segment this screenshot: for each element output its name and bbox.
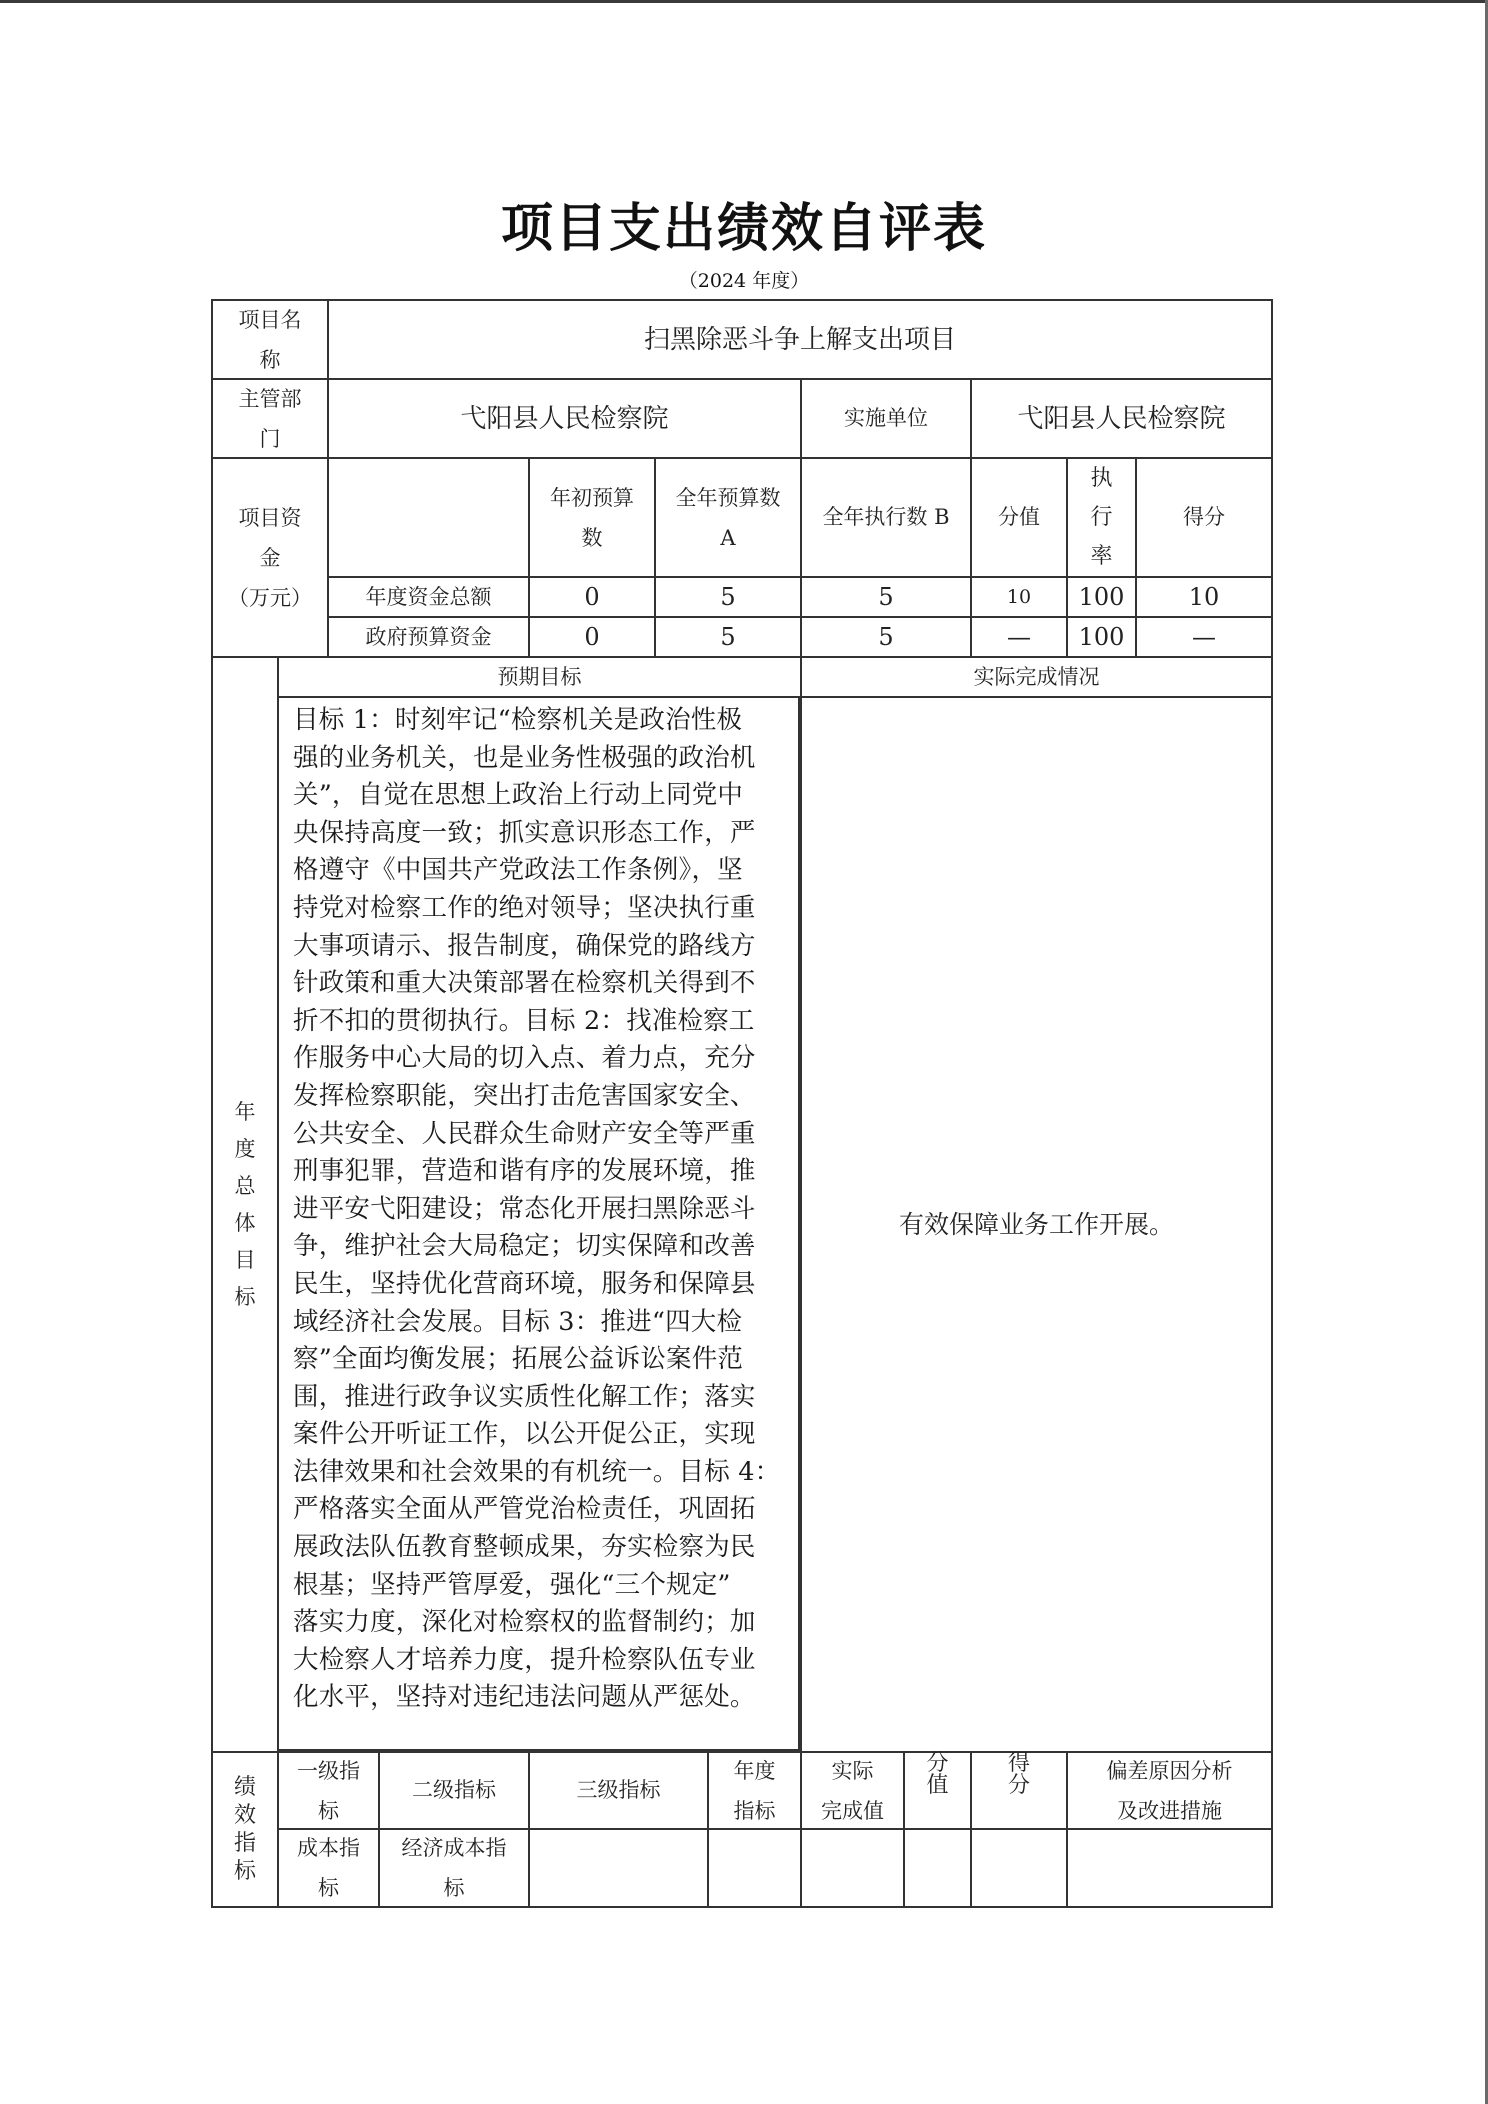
label-char: 目 bbox=[235, 1242, 256, 1279]
goal-line: 落实力度，深化对检察权的监督制约；加 bbox=[293, 1604, 788, 1642]
indicator-header-annual: 年度 指标 bbox=[707, 1751, 802, 1830]
goal-line: 围，推进行政争议实质性化解工作；落实 bbox=[293, 1379, 788, 1417]
cell-line: 成本指 bbox=[297, 1828, 360, 1868]
indicator-header-actual: 实际 完成值 bbox=[800, 1751, 905, 1830]
header-line: 完成值 bbox=[821, 1791, 884, 1831]
goal-line: 展政法队伍教育整顿成果，夯实检察为民 bbox=[293, 1529, 788, 1567]
goal-line: 作服务中心大局的切入点、着力点，充分 bbox=[293, 1040, 788, 1078]
indicator-header-score: 得 分 bbox=[970, 1751, 1068, 1830]
document-title: 项目支出绩效自评表 bbox=[0, 186, 1488, 261]
dept-label: 主管部 门 bbox=[211, 378, 329, 459]
goal-line: 法律效果和社会效果的有机统一。目标 4： bbox=[293, 1454, 788, 1492]
header-line: 分 bbox=[1008, 1775, 1030, 1797]
indicators-side-label: 绩 效 指 标 bbox=[211, 1751, 279, 1908]
header-line: 年度 bbox=[734, 1751, 776, 1791]
cell-line: 标 bbox=[318, 1868, 339, 1908]
cell-line: 标 bbox=[444, 1868, 465, 1908]
funds-cell-initial: 0 bbox=[528, 616, 656, 658]
goal-line: 强的业务机关，也是业务性极强的政治机 bbox=[293, 740, 788, 778]
label-line: 主管部 bbox=[239, 379, 302, 419]
funds-cell-annual: 5 bbox=[654, 616, 802, 658]
header-line: 一级指 bbox=[297, 1751, 360, 1791]
label-line: 称 bbox=[260, 340, 281, 380]
indicator-header-level3: 三级指标 bbox=[528, 1751, 709, 1830]
header-line: 得 bbox=[1008, 1753, 1030, 1775]
header-line: 年初预算 bbox=[550, 478, 634, 518]
impl-unit-label: 实施单位 bbox=[800, 378, 972, 459]
header-line: 执 bbox=[1090, 459, 1112, 498]
indicator-cell-level3 bbox=[528, 1828, 709, 1908]
goal-line: 化水平，坚持对违纪违法问题从严惩处。 bbox=[293, 1679, 788, 1717]
goal-line: 针政策和重大决策部署在检察机关得到不 bbox=[293, 965, 788, 1003]
label-char: 度 bbox=[235, 1131, 256, 1168]
goal-line: 发挥检察职能，突出打击危害国家安全、 bbox=[293, 1078, 788, 1116]
goal-line: 民生，坚持优化营商环境，服务和保障县 bbox=[293, 1266, 788, 1304]
funds-header-score: 得分 bbox=[1135, 457, 1273, 578]
goal-line: 刑事犯罪，营造和谐有序的发展环境，推 bbox=[293, 1153, 788, 1191]
label-char: 标 bbox=[234, 1858, 256, 1886]
funds-row-label: 政府预算资金 bbox=[327, 616, 530, 658]
header-line: 数 bbox=[582, 518, 603, 558]
cell-line: 经济成本指 bbox=[402, 1828, 507, 1868]
indicator-cell-deviation bbox=[1066, 1828, 1273, 1908]
goals-expected-text: 目标 1：时刻牢记“检察机关是政治性极 强的业务机关，也是业务性极强的政治机 关… bbox=[277, 696, 800, 1751]
project-name-value: 扫黑除恶斗争上解支出项目 bbox=[327, 299, 1273, 380]
goal-line: 域经济社会发展。目标 3：推进“四大检 bbox=[293, 1304, 788, 1342]
funds-header-rate: 执 行 率 bbox=[1066, 457, 1137, 578]
label-line: 金 bbox=[260, 538, 281, 578]
goals-actual-header: 实际完成情况 bbox=[800, 656, 1273, 698]
funds-row-label: 年度资金总额 bbox=[327, 576, 530, 618]
indicator-cell-score bbox=[970, 1828, 1068, 1908]
document-year: （2024 年度） bbox=[0, 266, 1488, 293]
goals-side-label: 年 度 总 体 目 标 bbox=[211, 656, 279, 1753]
funds-cell-score: — bbox=[1135, 616, 1273, 658]
funds-label: 项目资 金 （万元） bbox=[211, 457, 329, 658]
funds-cell-initial: 0 bbox=[528, 576, 656, 618]
header-line: 率 bbox=[1090, 537, 1112, 576]
goal-line: 察”全面均衡发展；拓展公益诉讼案件范 bbox=[293, 1341, 788, 1379]
indicator-cell-level2: 经济成本指 标 bbox=[378, 1828, 530, 1908]
indicator-cell-level1: 成本指 标 bbox=[277, 1828, 380, 1908]
funds-header-initial: 年初预算 数 bbox=[528, 457, 656, 578]
label-char: 效 bbox=[234, 1802, 256, 1830]
funds-cell-rate: 100 bbox=[1066, 576, 1137, 618]
header-line: 全年预算数 bbox=[676, 478, 781, 518]
indicator-cell-actual bbox=[800, 1828, 905, 1908]
indicator-header-score-value: 分 值 bbox=[903, 1751, 972, 1830]
goal-line: 持党对检察工作的绝对领导；坚决执行重 bbox=[293, 890, 788, 928]
indicator-header-deviation: 偏差原因分析 及改进措施 bbox=[1066, 1751, 1273, 1830]
goal-line: 进平安弋阳建设；常态化开展扫黑除恶斗 bbox=[293, 1191, 788, 1229]
label-line: 项目名 bbox=[239, 300, 302, 340]
impl-unit-value: 弋阳县人民检察院 bbox=[970, 378, 1273, 459]
funds-cell-annual: 5 bbox=[654, 576, 802, 618]
funds-header-executed: 全年执行数 B bbox=[800, 457, 972, 578]
project-name-label: 项目名 称 bbox=[211, 299, 329, 380]
goal-line: 公共安全、人民群众生命财产安全等严重 bbox=[293, 1116, 788, 1154]
funds-header-annual: 全年预算数 A bbox=[654, 457, 802, 578]
header-line: A bbox=[720, 518, 735, 558]
header-line: 行 bbox=[1090, 498, 1112, 537]
header-line: 值 bbox=[926, 1775, 948, 1797]
funds-cell-executed: 5 bbox=[800, 576, 972, 618]
header-line: 偏差原因分析 bbox=[1107, 1751, 1233, 1791]
goal-line: 大事项请示、报告制度，确保党的路线方 bbox=[293, 928, 788, 966]
label-line: 门 bbox=[260, 419, 281, 459]
goal-line: 案件公开听证工作，以公开促公正，实现 bbox=[293, 1416, 788, 1454]
goal-line: 折不扣的贯彻执行。目标 2：找准检察工 bbox=[293, 1003, 788, 1041]
indicator-cell-annual bbox=[707, 1828, 802, 1908]
goal-line: 关”，自觉在思想上政治上行动上同党中 bbox=[293, 777, 788, 815]
label-char: 绩 bbox=[234, 1774, 256, 1802]
page-top-border bbox=[0, 0, 1488, 3]
goal-line: 大检察人才培养力度，提升检察队伍专业 bbox=[293, 1642, 788, 1680]
funds-cell-rate: 100 bbox=[1066, 616, 1137, 658]
goal-line: 严格落实全面从严管党治检责任，巩固拓 bbox=[293, 1491, 788, 1529]
label-char: 年 bbox=[235, 1094, 256, 1131]
label-char: 标 bbox=[235, 1279, 256, 1316]
goal-line: 根基；坚持严管厚爱，强化“三个规定” bbox=[293, 1567, 788, 1605]
label-char: 总 bbox=[235, 1168, 256, 1205]
header-line: 指标 bbox=[734, 1791, 776, 1831]
label-char: 指 bbox=[234, 1830, 256, 1858]
goal-line: 目标 1：时刻牢记“检察机关是政治性极 bbox=[293, 702, 788, 740]
funds-cell-score-value: 10 bbox=[970, 576, 1068, 618]
label-char: 体 bbox=[235, 1205, 256, 1242]
funds-cell-score-value: — bbox=[970, 616, 1068, 658]
header-line: 分 bbox=[926, 1753, 948, 1775]
dept-value: 弋阳县人民检察院 bbox=[327, 378, 802, 459]
label-line: 项目资 bbox=[239, 498, 302, 538]
goals-expected-header: 预期目标 bbox=[277, 656, 802, 698]
header-line: 标 bbox=[318, 1791, 339, 1831]
funds-header-blank bbox=[327, 457, 530, 578]
indicator-header-level2: 二级指标 bbox=[378, 1751, 530, 1830]
indicator-cell-score-value bbox=[903, 1828, 972, 1908]
header-line: 实际 bbox=[832, 1751, 874, 1791]
goals-actual-text: 有效保障业务工作开展。 bbox=[800, 696, 1273, 1753]
funds-cell-score: 10 bbox=[1135, 576, 1273, 618]
funds-cell-executed: 5 bbox=[800, 616, 972, 658]
indicator-header-level1: 一级指 标 bbox=[277, 1751, 380, 1830]
label-line: （万元） bbox=[228, 578, 312, 618]
funds-header-score-value: 分值 bbox=[970, 457, 1068, 578]
header-line: 及改进措施 bbox=[1117, 1791, 1222, 1831]
goal-line: 格遵守《中国共产党政法工作条例》，坚 bbox=[293, 852, 788, 890]
goal-line: 争，维护社会大局稳定；切实保障和改善 bbox=[293, 1228, 788, 1266]
goal-line: 央保持高度一致；抓实意识形态工作，严 bbox=[293, 815, 788, 853]
